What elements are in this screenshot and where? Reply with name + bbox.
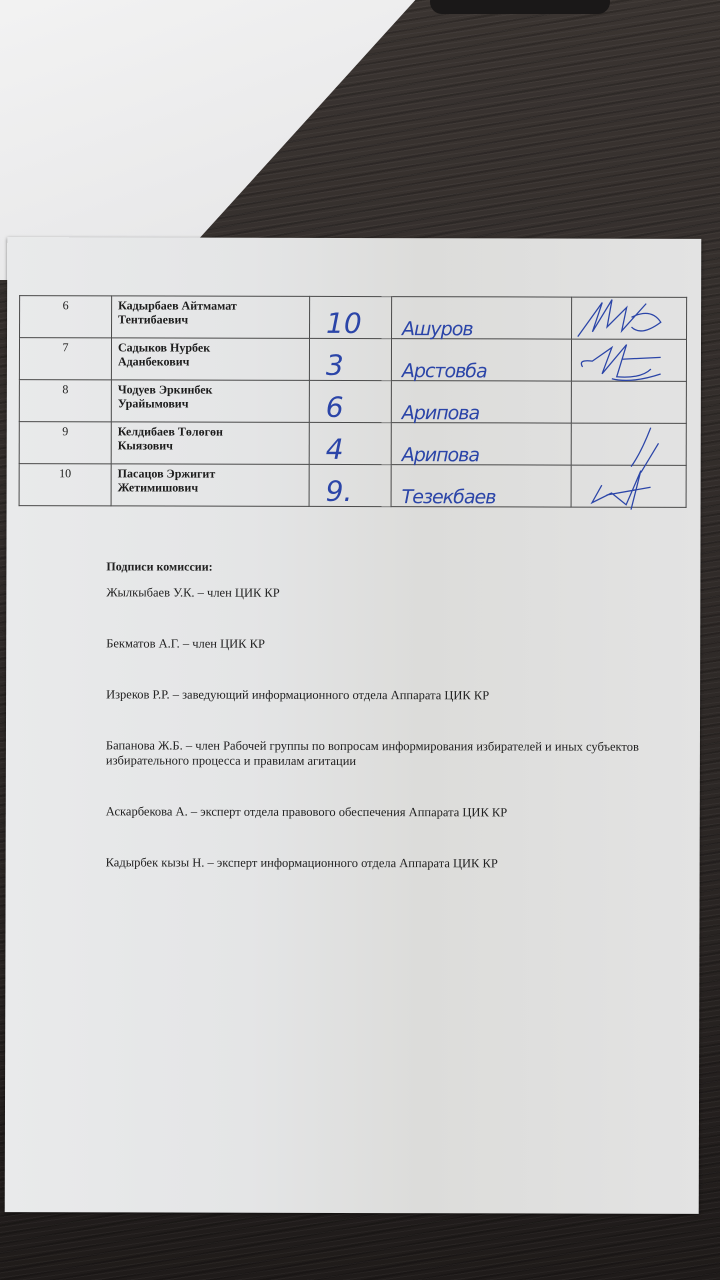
handwritten-score: 6: [326, 391, 344, 424]
score-cell: 9.: [309, 464, 391, 506]
handwritten-signature-name: Арипова: [402, 402, 479, 424]
document-page: 6 Кадырбаев АйтмаматТентибаевич 10 Ашуро…: [5, 237, 702, 1214]
row-number: 8: [19, 380, 111, 422]
name-line-2: Тентибаевич: [118, 312, 188, 326]
signature-name-cell: Арстовба: [391, 339, 571, 381]
handwritten-signature-name: Тезекбаев: [402, 486, 496, 508]
candidate-name: Пасацов ЭржигитЖетимишович: [111, 464, 309, 507]
handwritten-score: 10: [326, 307, 362, 340]
handwritten-score: 9.: [326, 475, 353, 508]
name-line-2: Урайымович: [118, 396, 189, 410]
commission-heading: Подписи комиссии:: [106, 559, 666, 575]
handwritten-signature-name: Ашуров: [402, 318, 473, 340]
signature-name-cell: Тезекбаев: [391, 465, 571, 507]
commission-member: Бапанова Ж.Б. – член Рабочей группы по в…: [106, 738, 666, 769]
table-row: 10 Пасацов ЭржигитЖетимишович 9. Тезекба…: [19, 464, 686, 508]
table-row: 9 Келдибаев ТөлөгөнКыязович 4 Арипова: [19, 422, 686, 466]
commission-member: Бекматов А.Г. – член ЦИК КР: [106, 636, 666, 652]
handwritten-score: 4: [326, 433, 344, 466]
name-line-1: Чодуев Эркинбек: [118, 382, 213, 396]
name-line-2: Жетимишович: [118, 480, 199, 494]
handwritten-signature-name: Арстовба: [402, 360, 487, 382]
candidate-name: Келдибаев ТөлөгөнКыязович: [111, 422, 309, 465]
row-number: 10: [19, 464, 111, 506]
signature-name-cell: Арипова: [391, 381, 571, 423]
commission-member: Аскарбекова А. – эксперт отдела правовог…: [106, 804, 666, 820]
name-line-2: Кыязович: [118, 438, 173, 452]
score-cell: 3: [309, 338, 391, 380]
commission-signatures: Подписи комиссии: Жылкыбаев У.К. – член …: [106, 559, 667, 907]
table-row: 6 Кадырбаев АйтмаматТентибаевич 10 Ашуро…: [20, 296, 687, 340]
dark-object-on-desk: [430, 0, 610, 14]
name-line-1: Садыков Нурбек: [118, 340, 210, 354]
handwritten-score: 3: [326, 349, 344, 382]
handwritten-signature-name: Арипова: [402, 444, 479, 466]
signature-cell: [571, 465, 686, 507]
row-number: 7: [19, 338, 111, 380]
signature-name-cell: Ашуров: [392, 297, 572, 339]
commission-member: Изреков Р.Р. – заведующий информационног…: [106, 687, 666, 703]
signature-scribble-icon: [572, 424, 686, 465]
table-row: 7 Садыков НурбекАданбекович 3 Арстовба: [19, 338, 686, 382]
score-cell: 4: [309, 422, 391, 464]
candidate-name: Кадырбаев АйтмаматТентибаевич: [112, 296, 310, 339]
row-number: 9: [19, 422, 111, 464]
name-line-1: Пасацов Эржигит: [118, 466, 216, 480]
table-row: 8 Чодуев ЭркинбекУрайымович 6 Арипова: [19, 380, 686, 424]
commission-member: Кадырбек кызы Н. – эксперт информационно…: [106, 855, 666, 871]
signature-scribble-icon: [572, 298, 686, 339]
signature-cell: [571, 423, 686, 465]
name-line-1: Кадырбаев Айтмамат: [118, 298, 237, 312]
candidate-name: Чодуев ЭркинбекУрайымович: [111, 380, 309, 423]
score-cell: 10: [310, 296, 392, 338]
row-number: 6: [20, 296, 112, 338]
results-table: 6 Кадырбаев АйтмаматТентибаевич 10 Ашуро…: [19, 295, 688, 508]
signature-scribble-icon: [572, 340, 686, 381]
name-line-2: Аданбекович: [118, 354, 189, 368]
candidate-name: Садыков НурбекАданбекович: [111, 338, 309, 381]
name-line-1: Келдибаев Төлөгөн: [118, 424, 223, 438]
signature-cell: [571, 339, 686, 381]
commission-member: Жылкыбаев У.К. – член ЦИК КР: [106, 585, 666, 601]
signature-cell: [572, 297, 687, 339]
score-cell: 6: [309, 380, 391, 422]
signature-cell: [571, 381, 686, 423]
signature-name-cell: Арипова: [391, 423, 571, 465]
signature-scribble-icon: [572, 466, 686, 507]
